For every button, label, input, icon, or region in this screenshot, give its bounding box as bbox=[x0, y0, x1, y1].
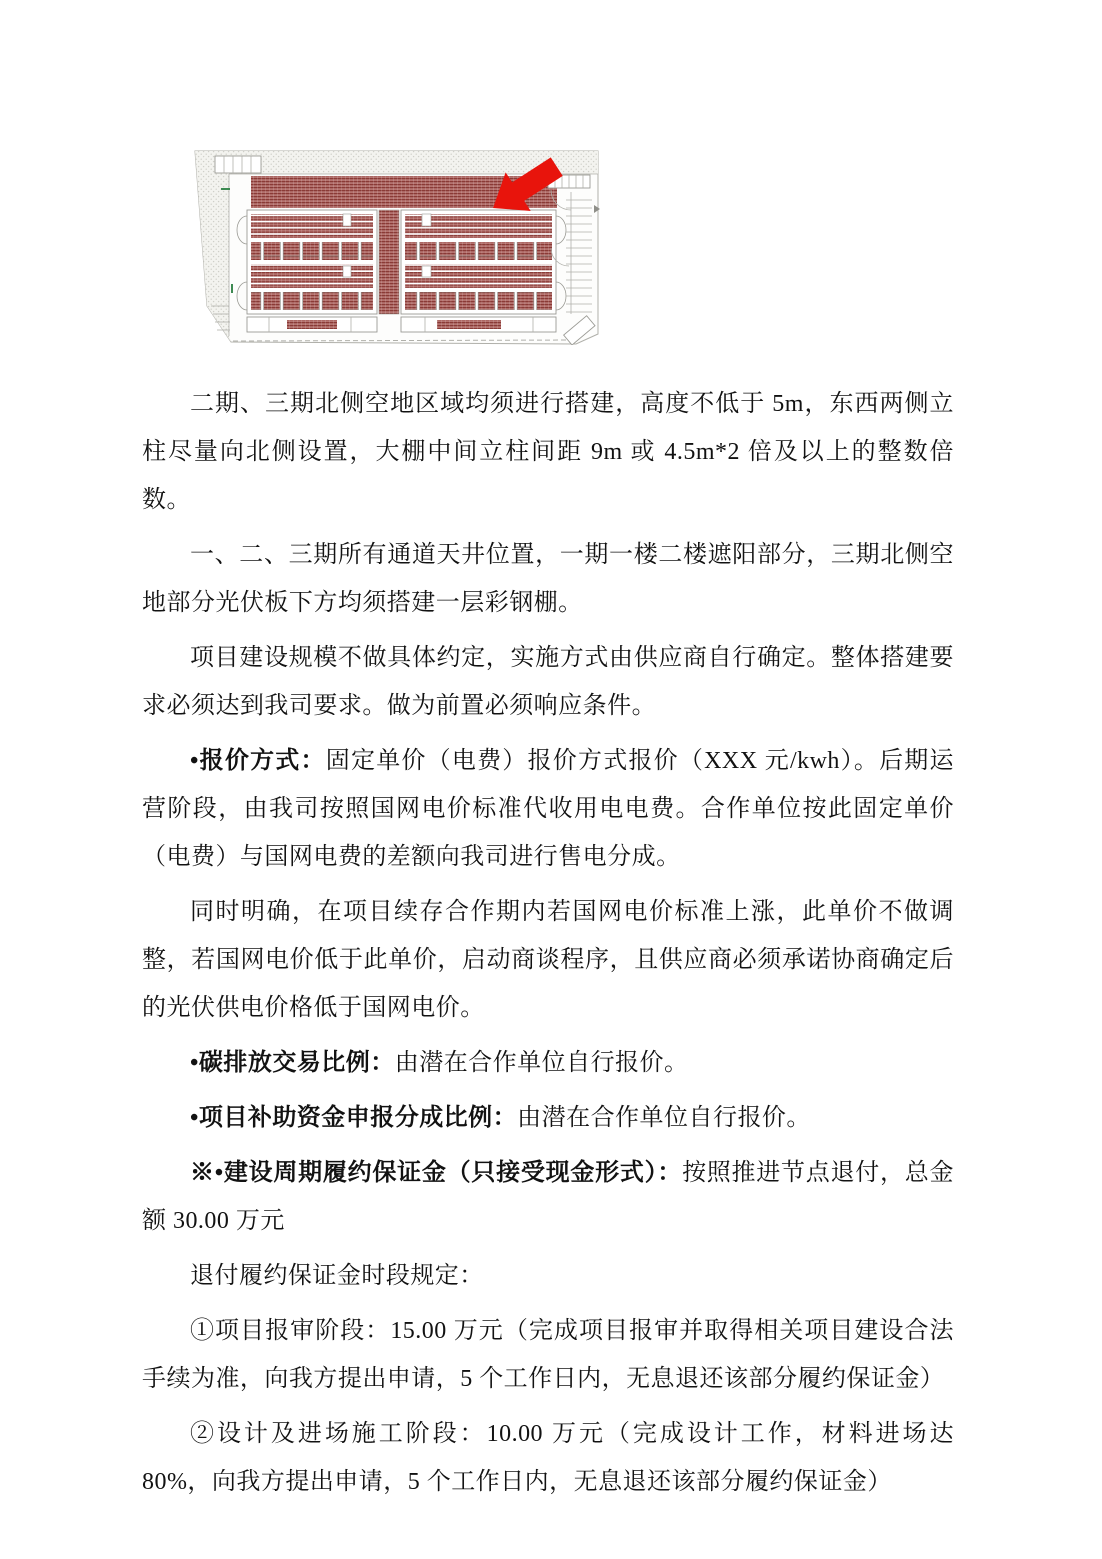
annex-right bbox=[401, 317, 556, 332]
paragraph-text: ①项目报审阶段：15.00 万元（完成项目报审并取得相关项目建设合法手续为准，向… bbox=[142, 1318, 954, 1392]
paragraph: •碳排放交易比例：由潜在合作单位自行报价。 bbox=[142, 1039, 954, 1087]
paragraph-text: 一、二、三期所有通道天井位置，一期一楼二楼遮阳部分，三期北侧空地部分光伏板下方均… bbox=[142, 542, 954, 616]
paragraph-text: 由潜在合作单位自行报价。 bbox=[395, 1050, 689, 1076]
paragraph: 二期、三期北侧空地区域均须进行搭建，高度不低于 5m，东西两侧立柱尽量向北侧设置… bbox=[142, 380, 954, 524]
paragraph: 项目建设规模不做具体约定，实施方式由供应商自行确定。整体搭建要求必须达到我司要求… bbox=[142, 634, 954, 730]
annex-left bbox=[247, 317, 377, 332]
paragraph-text: 由潜在合作单位自行报价。 bbox=[517, 1105, 811, 1131]
paragraph: 一、二、三期所有通道天井位置，一期一楼二楼遮阳部分，三期北侧空地部分光伏板下方均… bbox=[142, 531, 954, 627]
paragraph-label: •项目补助资金申报分成比例： bbox=[190, 1105, 517, 1131]
paragraph: ※•建设周期履约保证金（只接受现金形式）：按照推进节点退付，总金额 30.00 … bbox=[142, 1149, 954, 1245]
building-right bbox=[401, 210, 556, 314]
paragraph: •项目补助资金申报分成比例：由潜在合作单位自行报价。 bbox=[142, 1094, 954, 1142]
paragraph-label: ※•建设周期履约保证金（只接受现金形式）： bbox=[190, 1160, 682, 1186]
site-plan-figure bbox=[185, 148, 600, 345]
paragraph: •报价方式：固定单价（电费）报价方式报价（XXX 元/kwh）。后期运营阶段，由… bbox=[142, 737, 954, 881]
document-body: 二期、三期北侧空地区域均须进行搭建，高度不低于 5m，东西两侧立柱尽量向北侧设置… bbox=[142, 380, 954, 1513]
building-left bbox=[247, 210, 377, 314]
paragraph-text: 退付履约保证金时段规定： bbox=[190, 1263, 484, 1289]
paragraph: 退付履约保证金时段规定： bbox=[142, 1252, 954, 1300]
paragraph: ②设计及进场施工阶段：10.00 万元（完成设计工作，材料进场达 80%，向我方… bbox=[142, 1410, 954, 1506]
paragraph-text: 二期、三期北侧空地区域均须进行搭建，高度不低于 5m，东西两侧立柱尽量向北侧设置… bbox=[142, 391, 954, 513]
paragraph-text: 同时明确，在项目续存合作期内若国网电价标准上涨，此单价不做调整，若国网电价低于此… bbox=[142, 899, 954, 1021]
small-structure bbox=[215, 156, 261, 173]
paragraph: 同时明确，在项目续存合作期内若国网电价标准上涨，此单价不做调整，若国网电价低于此… bbox=[142, 888, 954, 1032]
site-plan-drawing bbox=[185, 148, 600, 345]
central-corridor-panels bbox=[379, 210, 399, 314]
document-page: 二期、三期北侧空地区域均须进行搭建，高度不低于 5m，东西两侧立柱尽量向北侧设置… bbox=[0, 0, 1102, 1559]
paragraph-text: 项目建设规模不做具体约定，实施方式由供应商自行确定。整体搭建要求必须达到我司要求… bbox=[142, 645, 954, 719]
paragraph-label: •报价方式： bbox=[190, 748, 326, 774]
paragraph: ①项目报审阶段：15.00 万元（完成项目报审并取得相关项目建设合法手续为准，向… bbox=[142, 1307, 954, 1403]
paragraph-text: ②设计及进场施工阶段：10.00 万元（完成设计工作，材料进场达 80%，向我方… bbox=[142, 1421, 954, 1495]
paragraph-label: •碳排放交易比例： bbox=[190, 1050, 395, 1076]
